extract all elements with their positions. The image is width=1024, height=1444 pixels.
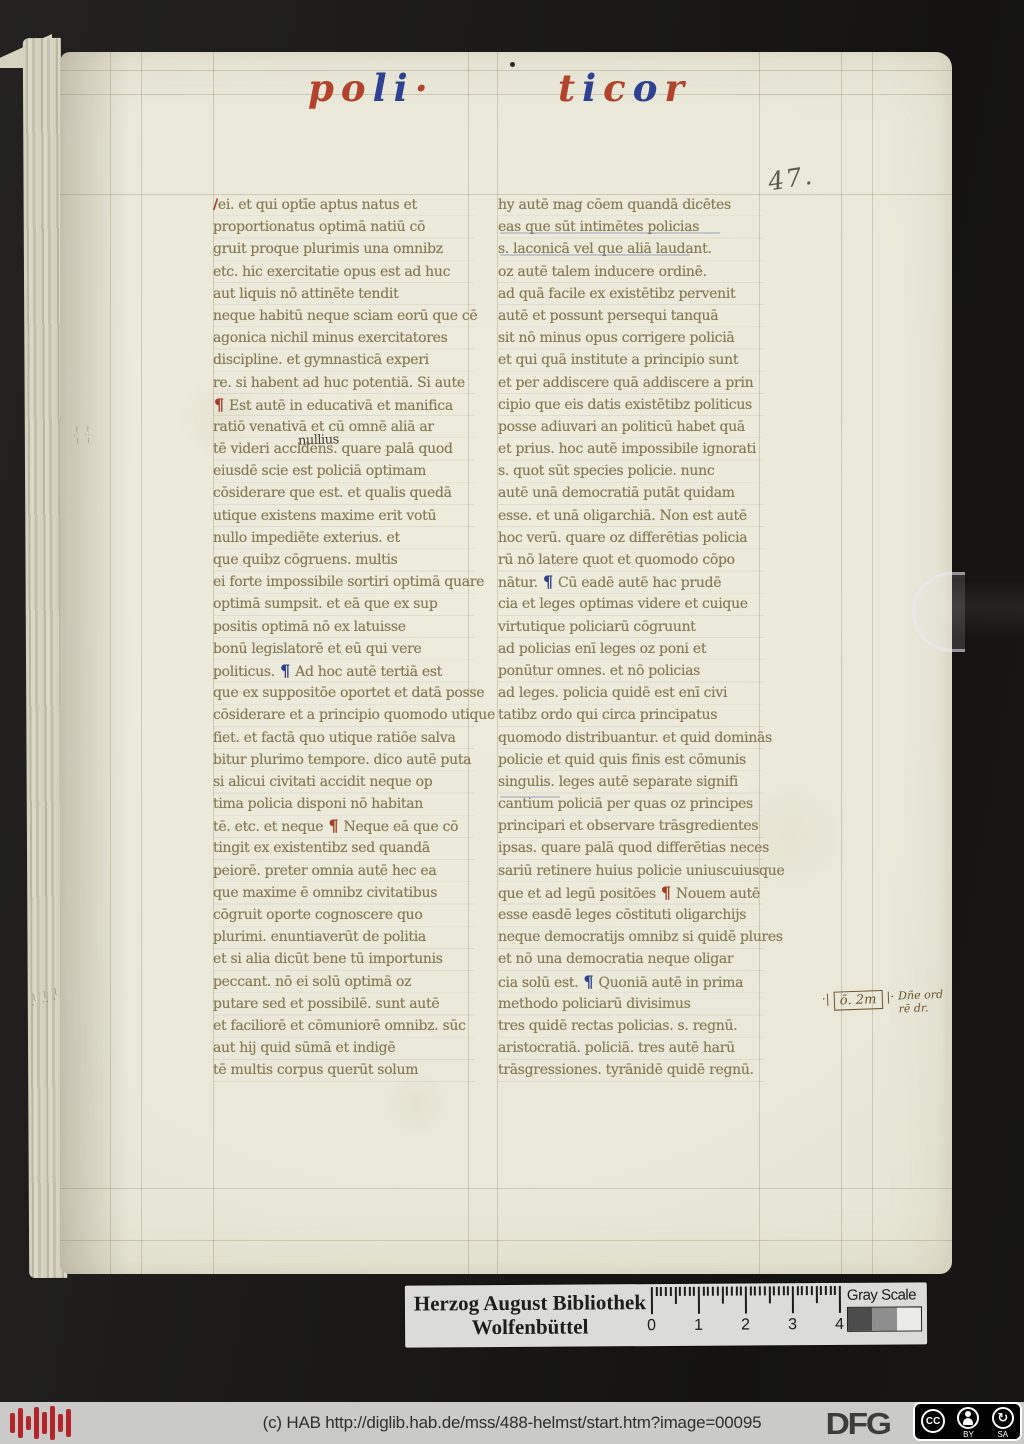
header-letter: l xyxy=(373,66,394,110)
header-letter: t xyxy=(558,66,582,110)
ruler-tick xyxy=(834,1286,836,1295)
ruler-tick xyxy=(797,1286,799,1295)
manuscript-line: sariū retinere huius policie uniuscuiusq… xyxy=(498,860,764,882)
manuscript-line: ei forte impossibile sortiri optimā quar… xyxy=(213,571,475,593)
text-column-right: hy autē mag cōem quandā dicēteseas que s… xyxy=(498,194,764,1082)
margin-note-prefix: ·| xyxy=(822,992,830,1006)
ruler-tick xyxy=(839,1286,841,1313)
ruling-line-horizontal xyxy=(60,70,952,71)
ruling-line-vertical xyxy=(110,52,111,1274)
ruler-tick xyxy=(825,1286,827,1295)
manuscript-line: tē videri accidens. quare palā quod xyxy=(213,438,475,460)
ruler-tick xyxy=(731,1287,733,1296)
ruler-tick xyxy=(665,1287,667,1296)
ruler-cm-label: 2 xyxy=(741,1316,750,1334)
manuscript-line: plurimi. enuntiaverūt de politia xyxy=(213,926,475,948)
faint-underline xyxy=(500,796,560,798)
manuscript-line: tres quidē rectas policias. s. regnū. xyxy=(498,1015,764,1037)
manuscript-line: et nō una democratia neque oligar xyxy=(498,948,764,970)
header-letter: o xyxy=(633,66,665,110)
manuscript-line: esse easdē leges cōstituti oligarchijs xyxy=(498,904,764,926)
manuscript-line: cōgruit oporte cognoscere quo xyxy=(213,904,475,926)
ruler-ticks: 01234 xyxy=(651,1286,845,1343)
strap-light-streak xyxy=(940,580,1024,638)
ruling-line-vertical xyxy=(872,52,873,1274)
manuscript-line: cia et leges optimas videre et cuique xyxy=(498,593,764,615)
manuscript-line: autē et possunt persequi tanquā xyxy=(498,305,764,327)
manuscript-line: oz autē talem inducere ordinē. xyxy=(498,261,764,283)
manuscript-line: tē. etc. et neque ¶ Neque eā que cō xyxy=(213,815,475,837)
manuscript-line: ¶ Est autē in educativā et manifica xyxy=(213,394,475,416)
manuscript-line: et faciliorē et cōmuniorē omnibz. sūc xyxy=(213,1015,475,1037)
ruler-tick xyxy=(707,1287,709,1296)
manuscript-line: et per addiscere quā addiscere a prin xyxy=(498,372,764,394)
manuscript-line: s. laconicā vel que aliā laudant. xyxy=(498,238,764,260)
cc-logo-icon: CC xyxy=(921,1407,945,1433)
share-alike-arrow-icon: ↻ xyxy=(997,1412,1008,1425)
ruler-tick xyxy=(745,1287,747,1314)
manuscript-line: ratiō venativā et cū omnē aliā ar xyxy=(213,416,475,438)
manuscript-line: aristocratiā. policiā. tres autē harū xyxy=(498,1037,764,1059)
ruler-tick xyxy=(787,1286,789,1295)
manuscript-line: methodo policiarū divisimus xyxy=(498,993,764,1015)
manuscript-line: fiet. et factā quo utique ratiōe salva xyxy=(213,727,475,749)
manuscript-line: utique existens maxime erit votū xyxy=(213,505,475,527)
header-letter: c xyxy=(603,66,633,110)
ruler-tick xyxy=(740,1287,742,1296)
manuscript-line: optimā sumpsit. et eā que ex sup xyxy=(213,593,475,615)
cc-by-label: BY xyxy=(963,1430,974,1439)
faint-underline xyxy=(500,232,720,234)
ruler-tick xyxy=(801,1286,803,1295)
header-letter: i xyxy=(394,66,415,110)
blue-pilcrow-mark: ¶ xyxy=(542,572,554,591)
header-letter: p xyxy=(308,66,341,110)
manuscript-line: rū nō latere quot et quomodo cōpo xyxy=(498,549,764,571)
margin-annotation-right: ·| ō. 2m |· Dñe ord rē dr. xyxy=(822,988,944,1018)
manuscript-line: etc. hic exercitatie opus est ad huc xyxy=(213,261,475,283)
ruler-tick xyxy=(717,1287,719,1296)
manuscript-line: trāsgressiones. tyrānidē quidē regnū. xyxy=(498,1059,764,1081)
manuscript-line: re. si habent ad huc potentiā. Si aute xyxy=(213,372,475,394)
manuscript-line: proportionatus optimā natiū cō xyxy=(213,216,475,238)
manuscript-line: nātur. ¶ Cū eadē autē hac prudē xyxy=(498,571,764,593)
institution-label: Herzog August Bibliothek Wolfenbüttel xyxy=(411,1290,649,1339)
manuscript-line: eas que sūt intimētes policias xyxy=(498,216,764,238)
ruler-tick xyxy=(712,1287,714,1296)
manuscript-line: neque democratijs omnibz si quidē plures xyxy=(498,926,764,948)
blue-pilcrow-mark: ¶ xyxy=(582,972,594,991)
red-pilcrow-mark: ¶ xyxy=(327,816,339,835)
ruler-tick xyxy=(735,1287,737,1296)
manuscript-line: posse adiuvari an politicū habet quā xyxy=(498,416,764,438)
ruler-tick xyxy=(792,1286,794,1313)
dfg-logo: DFG xyxy=(826,1406,890,1442)
red-pilcrow-mark: ¶ xyxy=(213,395,225,414)
ruling-line-horizontal xyxy=(60,94,952,95)
manuscript-line: nullo impediēte exterius. et xyxy=(213,527,475,549)
gray-scale-patch xyxy=(872,1308,896,1331)
manuscript-line: cōsiderare que est. et qualis quedā xyxy=(213,482,475,504)
ruler-tick xyxy=(698,1287,700,1314)
manuscript-line: cōsiderare et a principio quomodo utique xyxy=(213,704,475,726)
folio-number: 47. xyxy=(766,161,816,197)
manuscript-page: poli· ticor 47. /ei. et qui optīe aptus … xyxy=(60,52,952,1274)
gray-scale-block: Gray Scale xyxy=(847,1286,925,1331)
margin-note-side: Dñe ord rē dr. xyxy=(898,988,944,1016)
margin-note-box: ō. 2m xyxy=(833,990,882,1011)
running-header-right: ticor xyxy=(558,62,691,110)
ruler-tick xyxy=(750,1286,752,1295)
institution-line1: Herzog August Bibliothek xyxy=(411,1290,649,1315)
manuscript-line: cipio que eis datis existētibz politicus xyxy=(498,394,764,416)
manuscript-line: et prius. hoc autē impossibile ignorati xyxy=(498,438,764,460)
ruler-tick xyxy=(674,1287,676,1304)
manuscript-line: virtutique policiarū cōgruunt xyxy=(498,616,764,638)
gray-scale-patch xyxy=(897,1307,921,1330)
manuscript-line: discipline. et gymnasticā experi xyxy=(213,349,475,371)
manuscript-line: ipsas. quare palā quod differētias neces xyxy=(498,837,764,859)
manuscript-line: que ex suppositōe oportet et datā posse xyxy=(213,682,475,704)
red-pilcrow-mark: ¶ xyxy=(660,883,672,902)
manuscript-line: tingit ex existentibz sed quandā xyxy=(213,837,475,859)
red-slash-mark: / xyxy=(213,197,218,213)
manuscript-line: tē multis corpus querūt solum xyxy=(213,1059,475,1081)
manuscript-line: que maxime ē omnibz civitatibus xyxy=(213,882,475,904)
manuscript-line: /ei. et qui optīe aptus natus et xyxy=(213,194,475,216)
manuscript-line: sit nō minus opus corrigere policiā xyxy=(498,327,764,349)
ruling-line-horizontal xyxy=(60,1188,952,1189)
manuscript-line: policie et quid quis finis est cōmunis xyxy=(498,749,764,771)
ruler-cm-label: 1 xyxy=(694,1317,703,1335)
ruler-cm-label: 0 xyxy=(647,1317,656,1335)
manuscript-line: politicus. ¶ Ad hoc autē tertiā est xyxy=(213,660,475,682)
ruler-tick xyxy=(768,1286,770,1303)
interlinear-correction: nullius xyxy=(298,432,339,448)
cc-license-badge: CC BY ↻ SA xyxy=(913,1402,1022,1441)
cc-sa-icon: ↻ SA xyxy=(992,1407,1014,1439)
ruler-tick xyxy=(782,1286,784,1295)
cc-by-icon: BY xyxy=(957,1407,979,1439)
ruler-tick xyxy=(778,1286,780,1295)
blue-pilcrow-mark: ¶ xyxy=(279,661,291,680)
ruler-tick xyxy=(656,1287,658,1296)
running-header-left: poli· xyxy=(308,62,435,110)
ruler-cm-label: 3 xyxy=(788,1316,797,1334)
gray-scale-patch xyxy=(848,1308,872,1331)
gray-scale-patches xyxy=(847,1306,922,1331)
manuscript-line: aut liquis nō attinēte tendit xyxy=(213,283,475,305)
manuscript-line: tima policia disponi nō habitan xyxy=(213,793,475,815)
ruler-tick xyxy=(754,1286,756,1295)
manuscript-line: esse. et unā oligarchiā. Non est autē xyxy=(498,505,764,527)
ruling-line-vertical xyxy=(141,52,142,1274)
manuscript-line: eiusdē scie est policiā optimam xyxy=(213,460,475,482)
gray-scale-label: Gray Scale xyxy=(847,1286,925,1303)
ruler-tick xyxy=(773,1286,775,1295)
ruler-tick xyxy=(703,1287,705,1296)
manuscript-line: ponūtur omnes. et nō policias xyxy=(498,660,764,682)
ruler-tick xyxy=(820,1286,822,1295)
manuscript-line: ad quā facile ex existētibz pervenit xyxy=(498,283,764,305)
manuscript-line: bitur plurimo tempore. dico autē puta xyxy=(213,749,475,771)
manuscript-line: cia solū est. ¶ Quoniā autē in prima xyxy=(498,971,764,993)
manuscript-line: principari et observare trāsgredientes xyxy=(498,815,764,837)
ruler-tick xyxy=(688,1287,690,1296)
faint-underline xyxy=(500,254,690,256)
manuscript-line: bonū legislatorē et eū qui vere xyxy=(213,638,475,660)
ruler-tick xyxy=(721,1287,723,1304)
ruling-line-horizontal xyxy=(60,1240,952,1241)
manuscript-line: aut hij quid sūmā et indigē xyxy=(213,1037,475,1059)
manuscript-line: autē unā democratiā putāt quidam xyxy=(498,482,764,504)
manuscript-line: agonica nichil minus exercitatores xyxy=(213,327,475,349)
manuscript-line: que et ad legū positōes ¶ Nouem autē xyxy=(498,882,764,904)
ruler-tick xyxy=(815,1286,817,1303)
text-column-left: /ei. et qui optīe aptus natus etproporti… xyxy=(213,194,475,1082)
margin-note-suffix: |· xyxy=(886,990,894,1004)
manuscript-line: neque habitū neque sciam eorū que cē xyxy=(213,305,475,327)
ruler-tick xyxy=(726,1287,728,1296)
ruler-tick xyxy=(759,1286,761,1295)
manuscript-line: et qui quā institute a principio sunt xyxy=(498,349,764,371)
manuscript-line: si alicui civitati accidit neque op xyxy=(213,771,475,793)
header-letter: i xyxy=(582,66,603,110)
ruler-tick xyxy=(693,1287,695,1296)
manuscript-line: peccant. nō ei solū optimā oz xyxy=(213,971,475,993)
manuscript-line: et si alia dicūt bene tū importunis xyxy=(213,948,475,970)
manuscript-line: ad leges. policia quidē est enī civi xyxy=(498,682,764,704)
manuscript-line: singulis. leges autē separate signifi xyxy=(498,771,764,793)
manuscript-line: peiorē. preter omnia autē hec ea xyxy=(213,860,475,882)
person-icon xyxy=(959,1409,977,1427)
ruler-tick xyxy=(679,1287,681,1296)
ruling-line-vertical xyxy=(841,52,842,1274)
ruler-tick xyxy=(651,1287,653,1314)
cc-sa-label: SA xyxy=(997,1430,1008,1439)
manuscript-line: que quibz cōgruens. multis xyxy=(213,549,475,571)
footer-strip: (c) HAB http://diglib.hab.de/mss/488-hel… xyxy=(0,1402,1024,1444)
ruler-tick xyxy=(806,1286,808,1295)
header-letter: · xyxy=(415,66,435,110)
manuscript-line: quomodo distribuantur. et quid dominās xyxy=(498,727,764,749)
ruler-tick xyxy=(829,1286,831,1295)
manuscript-line: hy autē mag cōem quandā dicētes xyxy=(498,194,764,216)
ruler-tick xyxy=(660,1287,662,1296)
ink-speck xyxy=(510,62,515,67)
manuscript-line: ad policias enī leges oz poni et xyxy=(498,638,764,660)
ruler-tick xyxy=(684,1287,686,1296)
manuscript-scan-viewer: poli· ticor 47. /ei. et qui optīe aptus … xyxy=(0,0,1024,1444)
ruler-tick xyxy=(764,1286,766,1295)
header-letter: o xyxy=(341,66,373,110)
ruler-tick xyxy=(811,1286,813,1295)
ruler-cm-label: 4 xyxy=(835,1316,844,1334)
header-letter: r xyxy=(664,66,691,110)
scale-calibration-card: Herzog August Bibliothek Wolfenbüttel 01… xyxy=(405,1282,927,1347)
manuscript-line: s. quot sūt species policie. nunc xyxy=(498,460,764,482)
institution-line2: Wolfenbüttel xyxy=(411,1314,649,1339)
faint-marginalia-upper: ~:~ ~.~ xyxy=(70,424,93,446)
manuscript-line: putare sed et possibilē. sunt autē xyxy=(213,993,475,1015)
manuscript-line: gruit proque plurimis una omnibz xyxy=(213,238,475,260)
manuscript-line: hoc verū. quare oz differētias policia xyxy=(498,527,764,549)
gutter-shadow xyxy=(60,52,130,1274)
ruler-tick xyxy=(670,1287,672,1296)
manuscript-line: tatibz ordo qui circa principatus xyxy=(498,704,764,726)
manuscript-line: positis optimā nō ex latuisse xyxy=(213,616,475,638)
